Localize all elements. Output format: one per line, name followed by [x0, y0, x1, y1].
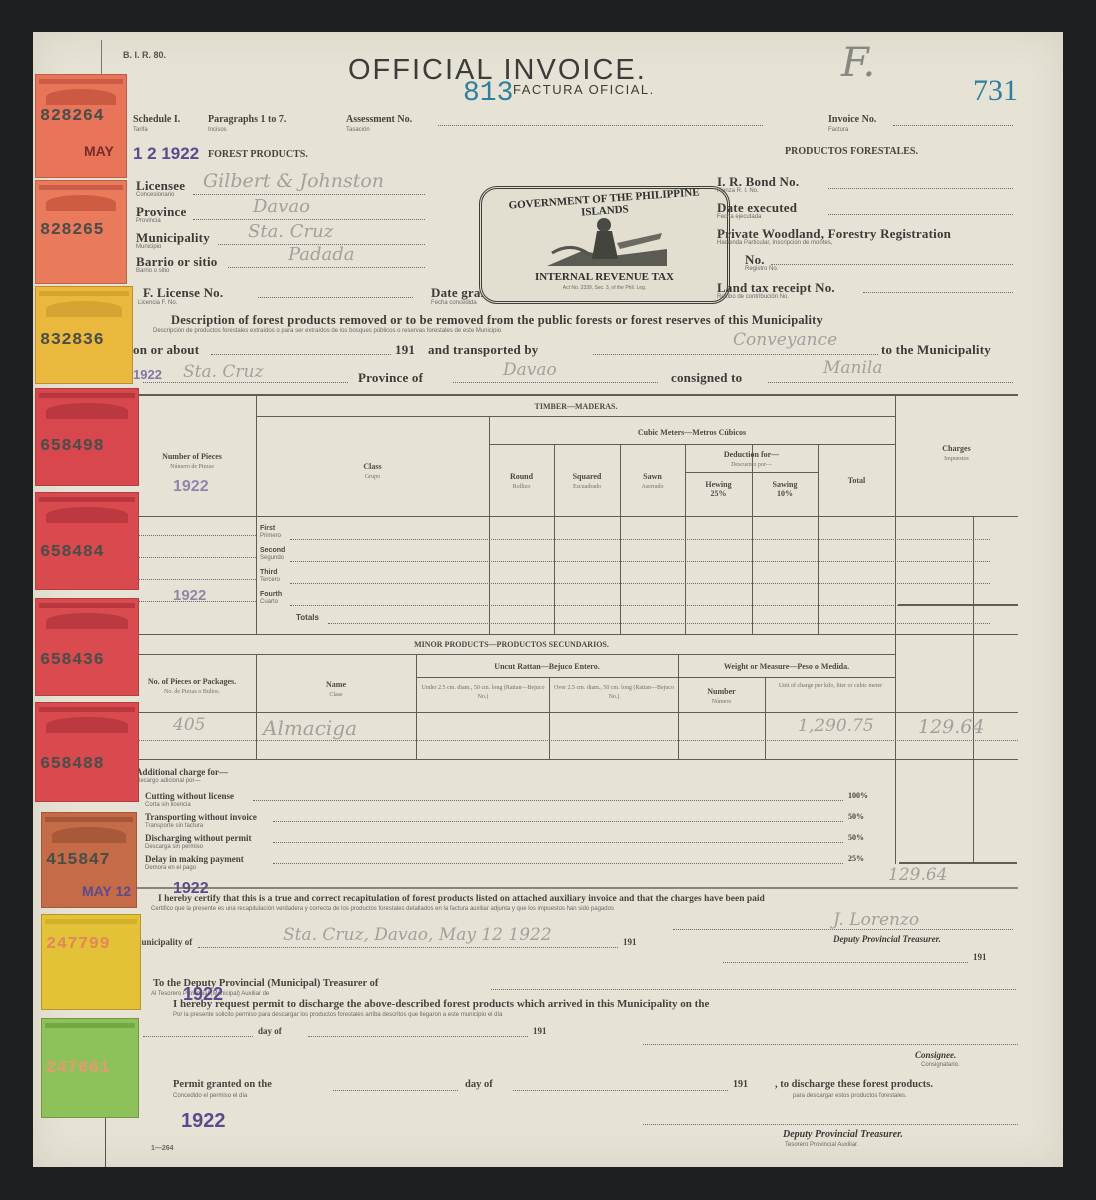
measure-col1-header: NumberNúmero	[678, 687, 765, 707]
timber-rows: First Primero Second Segundo Third Terce…	[128, 517, 1018, 635]
measure-col1-sub: Número	[712, 699, 732, 705]
charge-pct-cutting: 100%	[848, 791, 868, 800]
grid-line	[489, 444, 895, 445]
group-first: First	[260, 525, 275, 532]
name-sub: Clase	[329, 692, 342, 698]
barrio-value: Padada	[288, 244, 355, 265]
invoice-no-sub: Factura	[828, 127, 848, 133]
permit-year: 191	[733, 1079, 748, 1090]
grid-line	[128, 712, 1018, 713]
squared-text: Squared	[573, 472, 602, 481]
certification-date-line[interactable]	[723, 962, 968, 963]
row-line	[136, 579, 256, 580]
eagle-icon	[52, 827, 126, 843]
grid-line	[549, 677, 550, 759]
barrio-sub: Barrio o sitio	[136, 268, 169, 274]
row-line	[136, 557, 256, 558]
certification-municipality-value: Sta. Cruz, Davao, May 12 1922	[283, 925, 552, 945]
minor-pieces-value: 405	[173, 715, 205, 735]
round-header: RoundRollizo	[489, 472, 554, 492]
measure-col1-text: Number	[707, 687, 735, 696]
province-field[interactable]	[193, 219, 425, 220]
request-body-sub: Por la presente solicito permiso para de…	[173, 1012, 503, 1018]
province-sub: Provincia	[136, 218, 161, 224]
consigned-to-value: Manila	[823, 358, 883, 378]
charge-sub-transporting: Transporte sin factura	[145, 823, 203, 829]
request-day-field[interactable]	[143, 1036, 253, 1037]
stamp-number: 658436	[40, 651, 104, 670]
class-header: ClassGrupo	[256, 462, 489, 482]
grid-line	[416, 677, 895, 678]
assessment-field[interactable]	[438, 125, 763, 126]
description-line: Description of forest products removed o…	[171, 313, 823, 328]
minor-name-value: Almaciga	[263, 716, 357, 740]
internal-revenue-seal: GOVERNMENT OF THE PHILIPPINE ISLANDS INT…	[479, 186, 730, 304]
permit-signature-line[interactable]	[643, 1124, 1018, 1125]
revenue-stamp: 247799	[41, 914, 141, 1010]
squared-header: SquaredEscuadrado	[554, 472, 620, 492]
charge-label-transporting: Transporting without invoice	[145, 812, 257, 822]
number-pieces-text: Number of Pieces	[162, 452, 222, 461]
stamp-number: 247661	[46, 1059, 110, 1078]
permit-day-of-label: day of	[465, 1079, 493, 1090]
class-sub: Grupo	[365, 474, 380, 480]
charge-line-discharging[interactable]	[273, 842, 843, 843]
hewing-pct: 25%	[711, 489, 727, 498]
transported-by-label: and transported by	[428, 342, 539, 358]
document-subtitle: FACTURA OFICIAL.	[513, 82, 655, 97]
round-text: Round	[510, 472, 533, 481]
on-or-about-label: on or about	[133, 342, 199, 358]
date-granted-sub: Fecha concedida	[431, 300, 477, 306]
timber-totals-row[interactable]	[328, 623, 990, 624]
hewing-text: Hewing	[705, 480, 731, 489]
charge-line-delay[interactable]	[273, 863, 843, 864]
charge-pct-discharging: 50%	[848, 833, 864, 842]
deduction-text: Deduction for—	[724, 450, 779, 459]
charges-header: ChargesImpuestos	[895, 444, 1018, 464]
grid-line	[256, 416, 896, 417]
revenue-stamp: 828265	[35, 180, 127, 284]
license-no-sub: Licencia F. No.	[138, 300, 177, 306]
certification-text: I hereby certify that this is a true and…	[158, 894, 765, 904]
private-woodland-sub: Hacienda Particular, Inscripción de mont…	[717, 240, 832, 246]
treasurer-signature-value: J. Lorenzo	[833, 910, 919, 930]
additional-charges-sub: Recargo adicional por—	[136, 778, 200, 784]
invoice-no-field[interactable]	[893, 125, 1013, 126]
destination-municipality-field[interactable]	[143, 382, 348, 383]
eagle-icon	[46, 89, 116, 105]
charge-line-cutting[interactable]	[253, 800, 843, 801]
group-second: Second	[260, 547, 285, 554]
revenue-stamp: 658488	[35, 702, 139, 802]
assessment-label: Assessment No.	[346, 114, 412, 125]
stamp-number: 415847	[46, 851, 110, 870]
timber-row-third[interactable]	[290, 583, 990, 584]
destination-province-field[interactable]	[453, 382, 658, 383]
handwritten-letter: F.	[841, 40, 875, 86]
name-text: Name	[326, 680, 346, 689]
revenue-stamp: 658498	[35, 388, 139, 486]
year-stamp-rows: 1922	[173, 587, 206, 604]
stamp-band	[39, 707, 135, 712]
stamp-band	[45, 1023, 135, 1028]
consignee-sub: Consignatario.	[921, 1062, 960, 1068]
received-date-stamp: 1 2 1922	[133, 144, 199, 164]
registration-no-sub: Registro No.	[745, 266, 778, 272]
cubic-meters-header: Cubic Meters—Metros Cúbicos	[489, 428, 895, 437]
stamp-cancel-date: MAY 12	[82, 883, 131, 899]
row-line	[136, 535, 256, 536]
destination-municipality-value: Sta. Cruz	[183, 362, 263, 382]
eagle-icon	[46, 195, 116, 211]
eagle-icon	[46, 301, 122, 317]
class-text: Class	[363, 462, 381, 471]
registration-no-field[interactable]	[771, 264, 1013, 265]
group-second-sub: Segundo	[260, 555, 284, 561]
schedule-sub: Tarifa	[133, 127, 148, 133]
revenue-stamp: 415847 MAY 12	[41, 812, 137, 908]
licensee-field[interactable]	[193, 194, 425, 195]
minor-row[interactable]	[128, 740, 1018, 741]
ir-bond-field[interactable]	[828, 188, 1013, 189]
revenue-stamp: 832836	[35, 286, 133, 384]
eagle-icon	[46, 717, 128, 733]
stamp-band	[39, 603, 135, 608]
date-executed-sub: Fecha ejecutada	[717, 214, 761, 220]
eagle-icon	[46, 403, 128, 419]
grid-line	[128, 634, 1018, 635]
charge-label-discharging: Discharging without permit	[145, 833, 252, 843]
stamp-number: 658484	[40, 543, 104, 562]
invoice-document: B. I. R. 80. OFFICIAL INVOICE. FACTURA O…	[33, 32, 1063, 1167]
group-third: Third	[260, 569, 278, 576]
name-header: NameClase	[256, 680, 416, 700]
ir-bond-sub: Fianza R. I. No.	[717, 188, 759, 194]
paragraphs-label: Paragraphs 1 to 7.	[208, 114, 286, 125]
bottom-form-code: 1—264	[151, 1145, 174, 1152]
round-sub: Rollizo	[513, 484, 531, 490]
rattan-col2-header: Over 2.5 cm. diam., 50 cm. long (Rattan—…	[552, 684, 676, 702]
rattan-header: Uncut Rattan—Bejuco Entero.	[416, 662, 678, 671]
permit-day-field[interactable]	[333, 1090, 458, 1091]
pieces-header: No. of Pieces or Packages.No. de Piezas …	[128, 677, 256, 697]
municipality-sub: Municipio	[136, 244, 161, 250]
charge-label-cutting: Cutting without license	[145, 791, 234, 801]
number-pieces-header: Number of PiecesNúmero de Piezas	[128, 452, 256, 472]
license-no-field[interactable]	[258, 297, 413, 298]
sawing-header: Sawing10%	[752, 480, 818, 498]
sawn-text: Sawn	[643, 472, 662, 481]
charge-sub-cutting: Corta sin licencia	[145, 802, 191, 808]
invoice-serial: 731	[973, 74, 1018, 108]
timber-section-title: TIMBER—MADERAS.	[256, 402, 896, 411]
grid-line	[765, 677, 766, 759]
request-treasurer-field[interactable]	[491, 989, 1016, 990]
stamp-number: 828265	[40, 221, 104, 240]
permit-treasurer-sub: Tesorero Provincial Auxiliar.	[785, 1142, 858, 1148]
transported-by-value: Conveyance	[733, 330, 837, 350]
permit-granted-sub: Concedido el permiso el día	[173, 1093, 247, 1099]
group-fourth: Fourth	[260, 591, 282, 598]
province-value: Davao	[253, 196, 310, 217]
charge-line-transporting[interactable]	[273, 821, 843, 822]
squared-sub: Escuadrado	[573, 484, 601, 490]
grid-line	[256, 654, 257, 759]
rattan-col1-header: Under 2.5 cm. diam., 50 cm. long (Rattan…	[419, 684, 547, 702]
table-top-rule	[128, 394, 1018, 396]
timber-row-fourth[interactable]	[290, 605, 990, 606]
stamp-number: 832836	[40, 331, 104, 350]
timber-row-first[interactable]	[290, 539, 990, 540]
year-stamp-table: 1922	[173, 478, 209, 496]
to-municipality-label: to the Municipality	[881, 342, 991, 358]
stamp-band	[39, 497, 135, 502]
group-fourth-sub: Cuarto	[260, 599, 278, 605]
permit-treasurer-title: Deputy Provincial Treasurer.	[783, 1129, 903, 1140]
permit-discharge-sub: para descargar estos productos forestale…	[793, 1093, 907, 1099]
stamp-number: 658498	[40, 437, 104, 456]
measure-col2-header: Unit of charge per kilo, liter or cubic …	[768, 682, 893, 691]
municipality-value: Sta. Cruz	[248, 221, 333, 242]
minor-section-title: MINOR PRODUCTS—PRODUCTOS SECUNDARIOS.	[128, 640, 895, 649]
forest-products-heading: FOREST PRODUCTS.	[208, 149, 308, 160]
grand-total-rule	[899, 862, 1017, 864]
seal-bottom-text: INTERNAL REVENUE TAX	[482, 271, 727, 283]
stamp-cancel-date: MAY	[84, 143, 114, 159]
land-tax-sub: Recibo de contribución No.	[717, 294, 789, 300]
assessment-sub: Tasación	[346, 127, 370, 133]
request-day-of-label: day of	[258, 1026, 282, 1036]
stamp-band	[39, 185, 123, 190]
form-code: B. I. R. 80.	[123, 50, 166, 60]
year-stamp-bottom: 1922	[181, 1110, 226, 1133]
charge-pct-transporting: 50%	[848, 812, 864, 821]
stamped-number: 813	[463, 78, 513, 109]
sawn-header: SawnAserrado	[620, 472, 685, 492]
revenue-stamp: 658436	[35, 598, 139, 696]
measure-header: Weight or Measure—Peso o Medida.	[678, 662, 895, 671]
stamp-band	[39, 79, 123, 84]
treasurer-title: Deputy Provincial Treasurer.	[833, 934, 941, 944]
charge-sub-discharging: Descarga sin permiso	[145, 844, 203, 850]
number-pieces-sub: Número de Piezas	[170, 464, 214, 470]
deduction-header: Deduction for—Descuento por—	[685, 450, 818, 470]
certification-year2: 191	[973, 952, 987, 962]
stamp-band	[39, 393, 135, 398]
stamp-number: 247799	[46, 935, 110, 954]
group-first-sub: Primero	[260, 533, 281, 539]
destination-province-value: Davao	[503, 360, 557, 380]
consigned-to-label: consigned to	[671, 370, 742, 386]
grand-total-value: 129.64	[888, 865, 947, 885]
request-month-field[interactable]	[308, 1036, 528, 1037]
eagle-icon	[46, 507, 128, 523]
permit-granted-label: Permit granted on the	[173, 1079, 272, 1090]
invoice-no-label: Invoice No.	[828, 114, 876, 125]
consignee-signature-line[interactable]	[643, 1044, 1018, 1045]
pieces-sub: No. de Piezas o Bultos.	[164, 689, 220, 695]
request-year: 191	[533, 1026, 547, 1036]
licensee-sub: Concesionario	[136, 192, 174, 198]
grid-line	[128, 654, 895, 655]
schedule-label: Schedule I.	[133, 114, 180, 125]
stamp-band	[45, 817, 133, 822]
year-prefix: 191	[395, 342, 415, 358]
charges-total-rule	[898, 604, 1018, 606]
hewing-header: Hewing25%	[685, 480, 752, 498]
stamp-band	[45, 919, 137, 924]
land-tax-field[interactable]	[863, 292, 1013, 293]
section-rule	[128, 887, 1018, 889]
grid-line	[128, 759, 1018, 760]
revenue-stamp: 658484	[35, 492, 139, 590]
licensee-value: Gilbert & Johnston	[203, 170, 384, 192]
deduction-sub: Descuento por—	[731, 462, 772, 468]
request-body: I hereby request permit to discharge the…	[173, 998, 709, 1010]
paragraphs-sub: Incisos	[208, 127, 227, 133]
total-header: Total	[818, 476, 895, 485]
stamp-number: 828264	[40, 107, 104, 126]
eagle-icon	[46, 613, 128, 629]
totals-label: Totals	[296, 613, 319, 622]
barrio-field[interactable]	[228, 267, 425, 268]
permit-month-field[interactable]	[513, 1090, 728, 1091]
charge-label-delay: Delay in making payment	[145, 854, 244, 864]
year-stamp: 1922	[133, 367, 162, 382]
consigned-to-field[interactable]	[768, 382, 1013, 383]
municipality-of-label: Municipality of	[133, 937, 192, 947]
pieces-text: No. of Pieces or Packages.	[148, 677, 236, 686]
grid-line	[685, 472, 818, 473]
transported-by-field[interactable]	[593, 354, 878, 355]
consignee-label: Consignee.	[915, 1050, 956, 1060]
sawing-pct: 10%	[777, 489, 793, 498]
certification-municipality-field[interactable]	[198, 947, 618, 948]
additional-charges-title: Additional charge for—	[136, 767, 228, 777]
date-removed-field[interactable]	[211, 354, 391, 355]
certification-year: 191	[623, 937, 637, 947]
stamp-number: 658488	[40, 755, 104, 774]
revenue-stamp: 828264 MAY	[35, 74, 127, 178]
revenue-stamp: 247661	[41, 1018, 139, 1118]
certification-sub: Certifico que la presente es una recapit…	[151, 906, 614, 912]
charges-text: Charges	[942, 444, 970, 453]
date-executed-field[interactable]	[828, 214, 1013, 215]
seal-fine-text: Act No. 2339, Sec. 3, of the Phil. Leg.	[482, 285, 727, 291]
province-of-label: Province of	[358, 370, 423, 386]
minor-measure-value: 1,290.75	[798, 716, 874, 736]
sawn-sub: Aserrado	[642, 484, 664, 490]
timber-row-second[interactable]	[290, 561, 990, 562]
charge-sub-delay: Demora en el pago	[145, 865, 196, 871]
sawing-text: Sawing	[773, 480, 798, 489]
charges-sub: Impuestos	[944, 456, 969, 462]
charge-pct-delay: 25%	[848, 854, 864, 863]
productos-forestales-heading: PRODUCTOS FORESTALES.	[785, 146, 918, 157]
description-sub: Descripción de productos forestales extr…	[153, 328, 501, 334]
permit-discharge-text: , to discharge these forest products.	[775, 1079, 933, 1090]
license-no-label: F. License No.	[143, 285, 223, 301]
stamp-band	[39, 291, 129, 296]
seal-figure-icon	[542, 211, 672, 271]
minor-charge-value: 129.64	[918, 716, 984, 738]
group-third-sub: Tercero	[260, 577, 280, 583]
